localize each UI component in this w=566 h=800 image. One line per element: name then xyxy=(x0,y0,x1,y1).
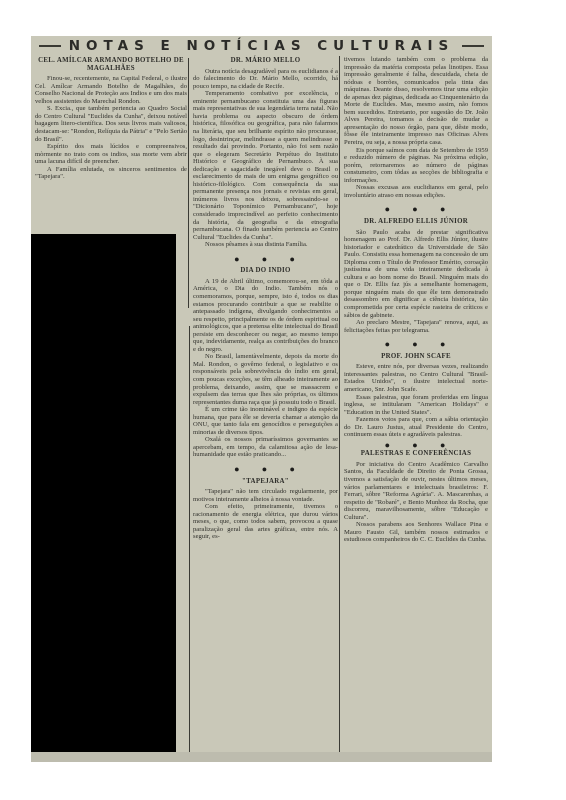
paragraph: S. Excia., que também pertencia ao Quadr… xyxy=(35,105,187,143)
paragraph: Fazemos votos para que, com a sábia orie… xyxy=(344,416,488,439)
page-title: NOTAS E NOTÍCIAS CULTURAIS xyxy=(69,38,455,54)
paragraph: Espírito dos mais lúcidos e compreensivo… xyxy=(35,143,187,166)
article-heading: PALESTRAS E CONFERÊNCIAS xyxy=(344,450,488,458)
article-heading: "TAPEJARA" xyxy=(193,478,338,486)
column-divider-1 xyxy=(188,58,189,308)
paragraph: A 19 de Abril último, comemorou-se, em t… xyxy=(193,278,338,353)
paragraph-continued: tivemos lutando também com o problema da… xyxy=(344,56,488,147)
paragraph: Finou-se, recentemente, na Capital Feder… xyxy=(35,75,187,105)
article-heading: DIA DO INDIO xyxy=(193,267,338,275)
section-separator: ● ● ● xyxy=(201,466,338,474)
paragraph: É um crime tão inominável e indigno da e… xyxy=(193,406,338,436)
paragraph: Nossos parabens aos Senhores Wallace Pin… xyxy=(344,521,488,544)
paragraph: Oxalá os nossos primaríssimos governante… xyxy=(193,436,338,459)
article-heading: DR. MÁRIO MELLO xyxy=(193,57,338,65)
column-1: CEL. AMÍLCAR ARMANDO BOTELHO DE MAGALHÃE… xyxy=(35,56,187,181)
article-heading: CEL. AMÍLCAR ARMANDO BOTELHO DE MAGALHÃE… xyxy=(35,57,187,72)
paragraph: Temperamento combativo por excelência, o… xyxy=(193,90,338,241)
page-bottom-margin xyxy=(31,752,492,762)
column-divider-1b xyxy=(189,326,190,756)
paragraph: Nossas excusas aos euclidianos em geral,… xyxy=(344,184,488,199)
article-body: Finou-se, recentemente, na Capital Feder… xyxy=(35,75,187,181)
section-separator: ● ● ● xyxy=(352,341,488,349)
article-heading: PROF. JOHN SCAFE xyxy=(344,353,488,361)
redaction-block xyxy=(31,234,176,762)
masthead-rule-left xyxy=(39,45,61,47)
section-separator: ● ● ● xyxy=(352,442,488,450)
column-2: DR. MÁRIO MELLO Outra notícia desagradáv… xyxy=(193,56,338,541)
column-3: tivemos lutando também com o problema da… xyxy=(344,56,488,544)
paragraph: Essas palestras, que foram proferidas em… xyxy=(344,394,488,417)
paragraph: "Tapejara" não tem circulado regularment… xyxy=(193,488,338,503)
paragraph: Esteve, entre nós, por diversas vezes, r… xyxy=(344,363,488,393)
paragraph: Com efeito, primeiramente, tivemos o rac… xyxy=(193,503,338,541)
section-separator: ● ● ● xyxy=(201,256,338,264)
column-divider-2 xyxy=(339,56,340,756)
section-separator: ● ● ● xyxy=(352,206,488,214)
masthead-rule-right xyxy=(462,45,484,47)
newspaper-page: NOTAS E NOTÍCIAS CULTURAIS CEL. AMÍLCAR … xyxy=(31,36,492,762)
paragraph: A Família enlutada, os sinceros sentimen… xyxy=(35,166,187,181)
paragraph: Nossos pêsames à sua distinta Família. xyxy=(193,241,338,249)
article-heading: DR. ALFREDO ELLIS JÚNIOR xyxy=(344,218,488,226)
paragraph: Por iniciativa do Centro Acadêmico Carva… xyxy=(344,461,488,521)
paragraph: Eis porque saímos com data de Setembro d… xyxy=(344,147,488,185)
masthead: NOTAS E NOTÍCIAS CULTURAIS xyxy=(31,36,492,56)
paragraph: São Paulo acaba de prestar significativa… xyxy=(344,229,488,320)
paragraph: Outra notícia desagradável para os eucli… xyxy=(193,68,338,91)
paragraph: Ao preclaro Mestre, "Tapejara" renova, a… xyxy=(344,319,488,334)
paragraph: No Brasil, lamentàvelmente, depois da mo… xyxy=(193,353,338,406)
